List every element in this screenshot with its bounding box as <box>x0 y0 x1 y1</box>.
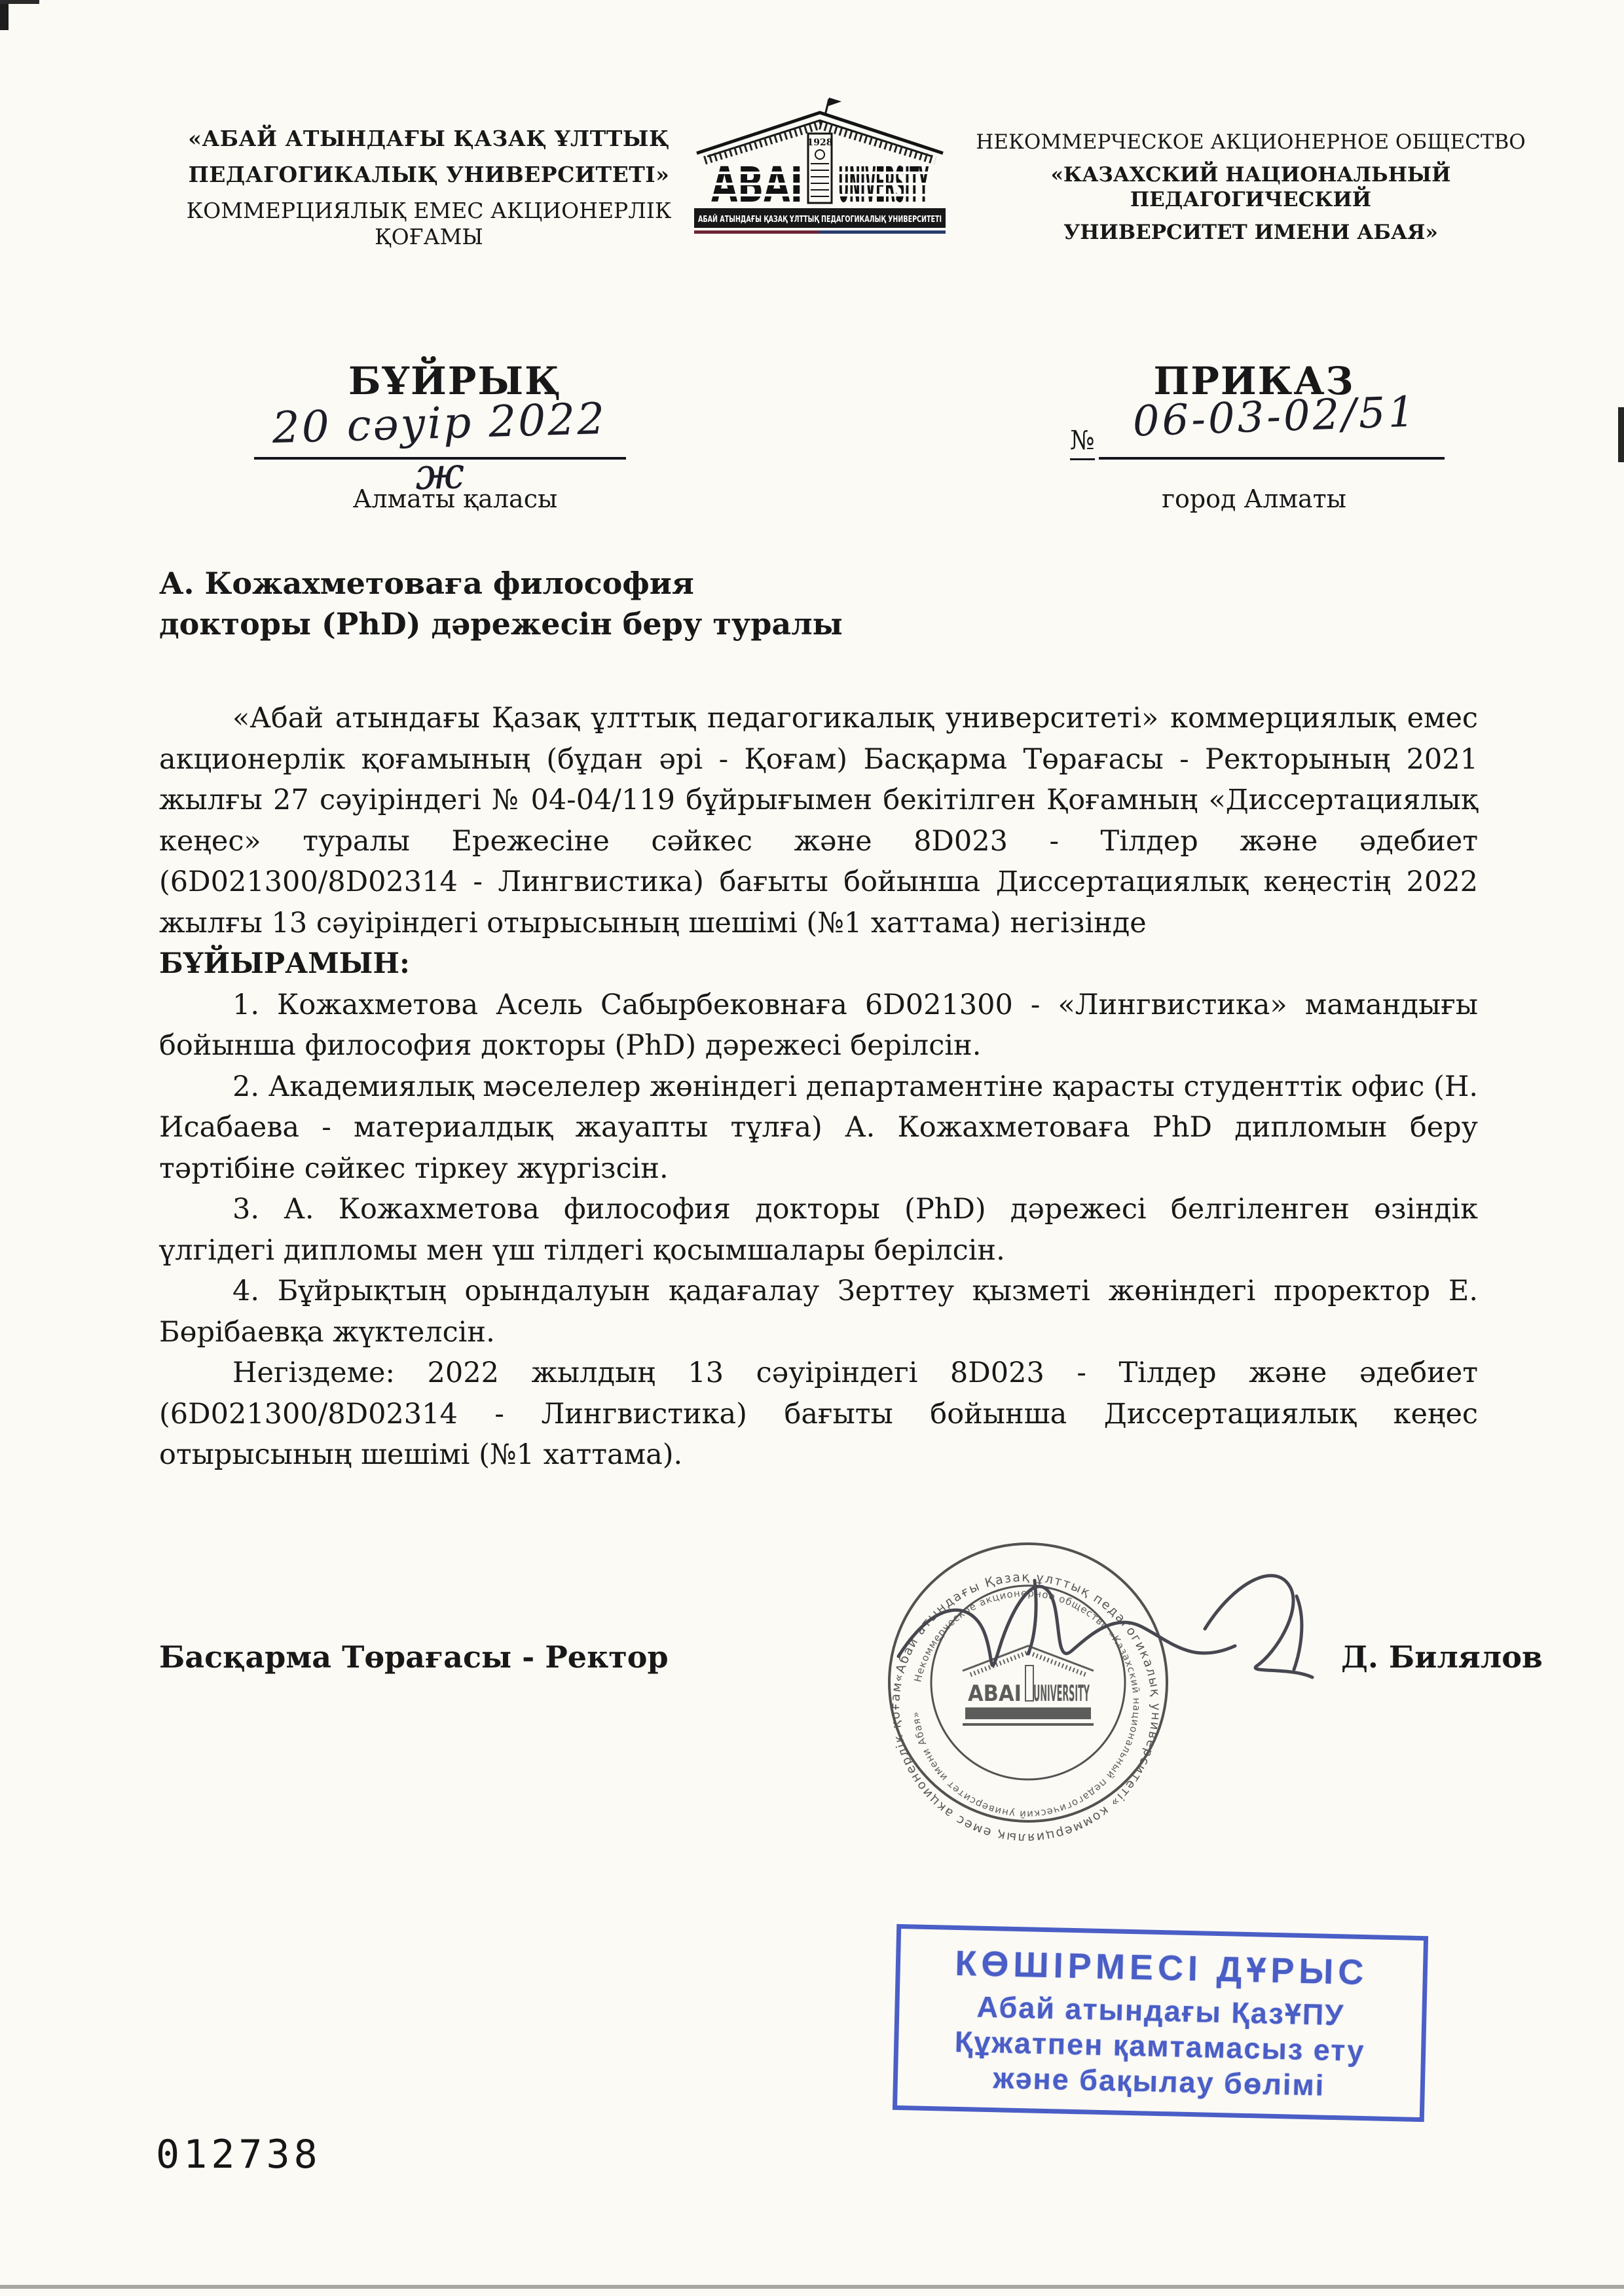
logo-banner-text: АБАЙ АТЫНДАҒЫ ҚАЗАҚ ҰЛТТЫҚ ПЕДАГОГИКАЛЫҚ… <box>698 214 942 225</box>
header-right-line3: УНИВЕРСИТЕТ ИМЕНИ АБАЯ» <box>956 220 1545 245</box>
body-item-2: 2. Академиялық мәселелер жөніндегі депар… <box>159 1066 1478 1190</box>
number-underline <box>1099 457 1445 460</box>
order-body: «Абай атындағы Қазақ ұлттық педагогикалы… <box>159 698 1478 1476</box>
seal-word-right: UNIVERSITY <box>1033 1681 1090 1707</box>
place-russian: город Алматы <box>1113 484 1395 513</box>
subject-line2: докторы (PhD) дәрежесін беру туралы <box>159 604 843 644</box>
body-paragraph-preamble: «Абай атындағы Қазақ ұлттық педагогикалы… <box>159 698 1478 943</box>
body-item-1: 1. Кожахметова Асель Сабырбековнаға 6D02… <box>159 985 1478 1066</box>
logo-word-left-group: ABAI <box>711 158 803 214</box>
header-left-line2: ПЕДАГОГИКАЛЫҚ УНИВЕРСИТЕТІ» <box>167 162 691 188</box>
seal-inner-text: Некоммерческое акционерное общество «Каз… <box>910 1587 1143 1820</box>
document-number: 012738 <box>156 2132 322 2178</box>
body-basis: Негіздеме: 2022 жылдың 13 сәуіріндегі 8D… <box>159 1353 1478 1476</box>
university-logo: ABAI UNIVERSITY 1928 АБАЙ АТЫНДАҒЫ ҚАЗАҚ… <box>689 96 951 240</box>
body-item-3: 3. А. Кожахметова философия докторы (PhD… <box>159 1189 1478 1271</box>
seal-inner-textpath: Некоммерческое акционерное общество «Каз… <box>910 1587 1143 1820</box>
subject-line1: А. Кожахметоваға философия <box>159 563 843 604</box>
date-underline <box>254 457 626 460</box>
seal-word-left: ABAI <box>968 1681 1022 1707</box>
header-right-line1: НЕКОММЕРЧЕСКОЕ АКЦИОНЕРНОЕ ОБЩЕСТВО <box>956 130 1545 155</box>
place-kazakh: Алматы қаласы <box>314 484 596 513</box>
number-sign: № <box>1070 426 1095 460</box>
seal-building-icon: ABAI UNIVERSITY <box>963 1646 1094 1724</box>
header-right-line2: «КАЗАХСКИЙ НАЦИОНАЛЬНЫЙ ПЕДАГОГИЧЕСКИЙ <box>956 162 1545 212</box>
body-order-word: БҰЙЫРАМЫН: <box>159 943 1478 985</box>
scan-artifact-right-edge <box>1618 407 1624 462</box>
logo-word-right-group: UNIVERSITY <box>838 158 929 214</box>
university-seal: «Абай атындағы Қазақ ұлттық педагогикалы… <box>838 1518 1375 1871</box>
logo-year: 1928 <box>807 137 833 148</box>
copy-certification-stamp: КӨШІРМЕСІ ДҰРЫС Абай атындағы ҚазҰПУ Құж… <box>893 1924 1428 2122</box>
logo-stripe-red <box>694 230 819 234</box>
header-left-line1: «АБАЙ АТЫНДАҒЫ ҚАЗАҚ ҰЛТТЫҚ <box>167 126 691 152</box>
university-logo-icon: ABAI UNIVERSITY 1928 АБАЙ АТЫНДАҒЫ ҚАЗАҚ… <box>689 96 951 240</box>
body-item-4: 4. Бұйрықтың орындалуын қадағалау Зертте… <box>159 1271 1478 1353</box>
header-org-name-kazakh: «АБАЙ АТЫНДАҒЫ ҚАЗАҚ ҰЛТТЫҚ ПЕДАГОГИКАЛЫ… <box>167 126 691 250</box>
header-left-line3: КОММЕРЦИЯЛЫҚ ЕМЕС АКЦИОНЕРЛІК ҚОҒАМЫ <box>167 198 691 250</box>
logo-stripe-blue <box>819 230 946 234</box>
stamp-line1: КӨШІРМЕСІ ДҰРЫС <box>904 1942 1419 1994</box>
scan-artifact-bottom-edge <box>0 2285 1624 2289</box>
scanned-order-document: «АБАЙ АТЫНДАҒЫ ҚАЗАҚ ҰЛТТЫҚ ПЕДАГОГИКАЛЫ… <box>0 0 1624 2296</box>
logo-word-left: ABAI <box>711 158 803 214</box>
scan-artifact-top-edge <box>0 0 39 4</box>
header-org-name-russian: НЕКОММЕРЧЕСКОЕ АКЦИОНЕРНОЕ ОБЩЕСТВО «КАЗ… <box>956 130 1545 245</box>
signatory-position: Басқарма Төрағасы - Ректор <box>159 1639 669 1675</box>
logo-word-right: UNIVERSITY <box>838 158 929 214</box>
logo-flagpole <box>825 99 829 115</box>
seal-icon: «Абай атындағы Қазақ ұлттық педагогикалы… <box>838 1518 1375 1871</box>
scan-artifact-corner <box>0 0 9 30</box>
order-subject: А. Кожахметоваға философия докторы (PhD)… <box>159 563 843 644</box>
logo-flag-icon <box>828 98 841 106</box>
